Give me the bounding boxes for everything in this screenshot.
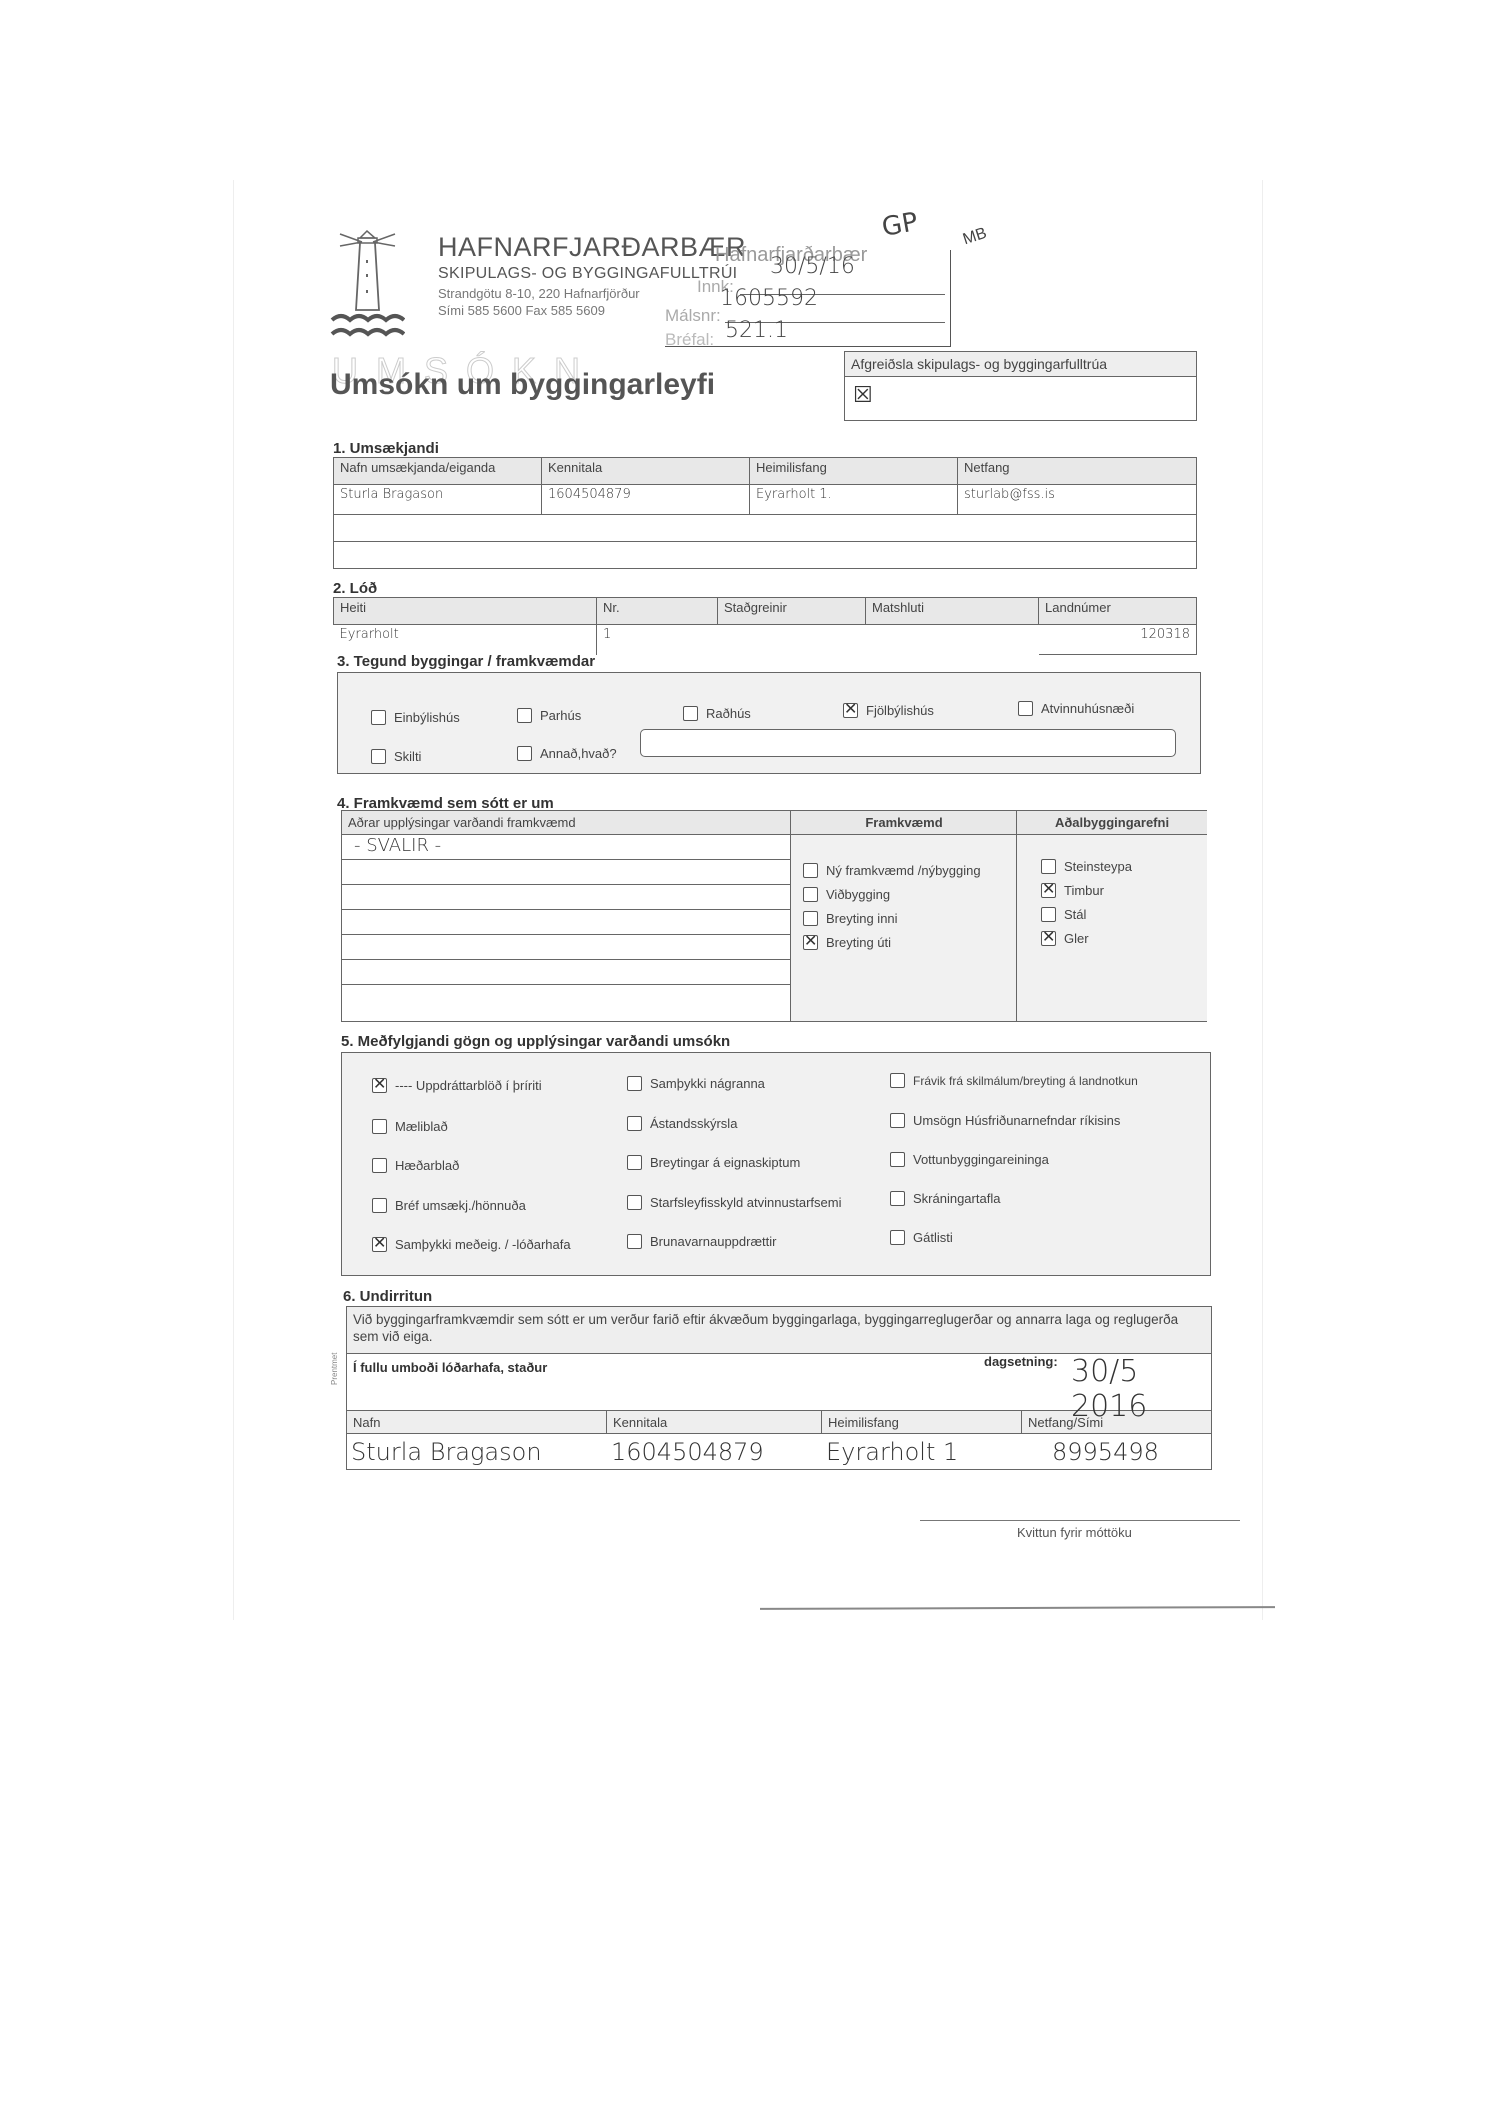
checkbox-gler[interactable]: ✕Gler: [1041, 931, 1089, 946]
checkbox-box[interactable]: [627, 1195, 642, 1210]
material-header: Aðalbyggingarefni: [1017, 811, 1207, 835]
authority-label: Í fullu umboði lóðarhafa, staður: [353, 1360, 547, 1375]
checked-x-icon[interactable]: ✕: [372, 1078, 387, 1093]
checkbox-box[interactable]: [371, 710, 386, 725]
lot-landnumer[interactable]: 120318: [1039, 625, 1197, 655]
applicant-table: Nafn umsækjanda/eiganda Kennitala Heimil…: [333, 457, 1197, 569]
checkbox-box[interactable]: [803, 863, 818, 878]
checkbox-breyting-uti[interactable]: ✕Breyting úti: [803, 935, 891, 950]
checkbox-box[interactable]: [517, 746, 532, 761]
empty-row[interactable]: [334, 515, 1197, 542]
other-type-input[interactable]: [640, 729, 1176, 757]
checkbox-box[interactable]: [890, 1073, 905, 1088]
signer-address[interactable]: Eyrarholt 1: [822, 1434, 1022, 1476]
printer-mark: Prentmet: [330, 1353, 339, 1385]
info-line[interactable]: [342, 910, 790, 935]
checkbox-box[interactable]: [890, 1191, 905, 1206]
checkbox-box[interactable]: [803, 887, 818, 902]
checkbox-starfsleyfi[interactable]: Starfsleyfisskyld atvinnustarfsemi: [627, 1195, 841, 1210]
checked-x-icon[interactable]: ✕: [372, 1237, 387, 1252]
table-row: Eyrarholt 1 120318: [334, 625, 1197, 655]
declaration-text: Við byggingarframkvæmdir sem sótt er um …: [347, 1307, 1211, 1354]
checkbox-box[interactable]: [627, 1234, 642, 1249]
col-landnumer: Landnúmer: [1039, 598, 1197, 625]
col-name: Nafn umsækjanda/eiganda: [334, 458, 542, 485]
checkbox-vottun[interactable]: Vottunbyggingareininga: [890, 1152, 1049, 1167]
processing-box: Afgreiðsla skipulags- og byggingarfulltr…: [844, 351, 1197, 421]
checkbox-box[interactable]: [890, 1113, 905, 1128]
col-kennitala: Kennitala: [607, 1411, 822, 1433]
framkvaemd-header: Framkvæmd: [791, 811, 1017, 835]
signer-phone[interactable]: 8995498: [1022, 1434, 1163, 1476]
receipt-label: Kvittun fyrir móttöku: [1017, 1525, 1132, 1540]
lot-table: Heiti Nr. Staðgreinir Matshluti Landnúme…: [333, 597, 1197, 655]
section6-title: 6. Undirritun: [343, 1288, 432, 1305]
page-edge-left: [233, 180, 234, 1620]
section3-title: 3. Tegund byggingar / framkvæmdar: [337, 653, 595, 670]
handwritten-initials: GP: [880, 207, 920, 243]
col-heiti: Heiti: [334, 598, 597, 625]
checkbox-haedarblad[interactable]: Hæðarblað: [372, 1158, 459, 1173]
attachments-box: ✕---- Uppdráttarblöð í þríriti Mæliblað …: [341, 1052, 1211, 1276]
checkbox-box[interactable]: [627, 1116, 642, 1131]
lot-heiti[interactable]: Eyrarholt: [334, 625, 597, 655]
section5-title: 5. Meðfylgjandi gögn og upplýsingar varð…: [341, 1033, 730, 1050]
checkbox-fravik[interactable]: Frávik frá skilmálum/breyting á landnotk…: [890, 1073, 1138, 1088]
building-type-box: [337, 672, 1201, 774]
received-stamp: Hafnarfjarðarbær 30/5/16 Innk: 1605592 M…: [665, 250, 950, 350]
checkbox-box[interactable]: [372, 1158, 387, 1173]
checkbox-box[interactable]: [372, 1198, 387, 1213]
checkbox-eignaskipti[interactable]: Breytingar á eignaskiptum: [627, 1155, 800, 1170]
checkbox-astandsskyrsla[interactable]: Ástandsskýrsla: [627, 1116, 737, 1131]
checkbox-gatlisti[interactable]: Gátlisti: [890, 1230, 953, 1245]
checked-x-icon[interactable]: ✕: [803, 935, 818, 950]
table-row: Sturla Bragason 1604504879 Eyrarholt 1. …: [334, 485, 1197, 515]
info-line[interactable]: [342, 960, 790, 985]
checkbox-box[interactable]: [372, 1119, 387, 1134]
checkbox-box[interactable]: [890, 1230, 905, 1245]
lot-nr[interactable]: 1: [597, 625, 718, 655]
checkbox-maeliblad[interactable]: Mæliblað: [372, 1119, 448, 1134]
applicant-name[interactable]: Sturla Bragason: [334, 485, 542, 515]
applicant-kennitala[interactable]: 1604504879: [542, 485, 750, 515]
lot-stadgreinir[interactable]: [718, 625, 866, 655]
checkbox-timbur[interactable]: ✕Timbur: [1041, 883, 1104, 898]
section1-title: 1. Umsækjandi: [333, 440, 439, 457]
checkbox-radhus[interactable]: Raðhús: [683, 706, 751, 721]
page-edge-right: [1262, 180, 1263, 1620]
checkbox-box[interactable]: [627, 1155, 642, 1170]
info-header: Aðrar upplýsingar varðandi framkvæmd: [342, 811, 790, 835]
date-value[interactable]: 30/5 2016: [1071, 1354, 1211, 1424]
lot-matshluti[interactable]: [866, 625, 1039, 655]
applicant-address[interactable]: Eyrarholt 1.: [750, 485, 958, 515]
section2-title: 2. Lóð: [333, 580, 377, 597]
checkbox-box[interactable]: [371, 749, 386, 764]
info-line[interactable]: [342, 885, 790, 910]
checkbox-skraningartafla[interactable]: Skráningartafla: [890, 1191, 1000, 1206]
checkbox-einbylishus[interactable]: Einbýlishús: [371, 710, 460, 725]
stamp-malsnr-label: Málsnr:: [665, 306, 721, 326]
checkbox-box[interactable]: [517, 708, 532, 723]
construction-box: Aðrar upplýsingar varðandi framkvæmd - S…: [341, 810, 1207, 1022]
checkbox-uppdrattarblod[interactable]: ✕---- Uppdráttarblöð í þríriti: [372, 1078, 542, 1093]
handwritten-initials-2: MB: [961, 225, 989, 250]
checkbox-box[interactable]: [683, 706, 698, 721]
checkbox-box[interactable]: [1018, 701, 1033, 716]
signer-name[interactable]: Sturla Bragason: [347, 1434, 607, 1476]
info-line[interactable]: - SVALIR -: [342, 835, 790, 860]
signature-box: Við byggingarframkvæmdir sem sótt er um …: [346, 1306, 1212, 1470]
stamp-innk-value: 30/5/16: [770, 254, 855, 279]
checkbox-sampykki-medeig[interactable]: ✕Samþykki meðeig. / -lóðarhafa: [372, 1237, 571, 1252]
checkbox-annad[interactable]: Annað,hvað?: [517, 746, 617, 761]
info-line[interactable]: [342, 860, 790, 885]
col-nr: Nr.: [597, 598, 718, 625]
checked-x-icon[interactable]: ✕: [1041, 883, 1056, 898]
checkbox-stal[interactable]: Stál: [1041, 907, 1086, 922]
lighthouse-icon: [330, 222, 405, 342]
page-bottom-edge: [760, 1606, 1275, 1610]
processing-mark: ☒: [853, 382, 873, 408]
checkbox-skilti[interactable]: Skilti: [371, 749, 421, 764]
checkbox-husfridun[interactable]: Umsögn Húsfriðunarnefndar ríkisins: [890, 1113, 1120, 1128]
col-address: Heimilisfang: [750, 458, 958, 485]
checkbox-atvinnuhusnaedi[interactable]: Atvinnuhúsnæði: [1018, 701, 1134, 716]
applicant-email[interactable]: sturlab@fss.is: [958, 485, 1197, 515]
checked-x-icon[interactable]: ✕: [1041, 931, 1056, 946]
checkbox-box[interactable]: [890, 1152, 905, 1167]
info-line[interactable]: [342, 935, 790, 960]
checkbox-parhus[interactable]: Parhús: [517, 708, 581, 723]
stamp-brefal-value: 521.1: [725, 318, 788, 343]
checked-x-icon[interactable]: ✕: [843, 703, 858, 718]
col-heimilisfang: Heimilisfang: [822, 1411, 1022, 1433]
col-nafn: Nafn: [347, 1411, 607, 1433]
signer-kennitala[interactable]: 1604504879: [607, 1434, 822, 1476]
col-matshluti: Matshluti: [866, 598, 1039, 625]
checkbox-nybygging[interactable]: Ný framkvæmd /nýbygging: [803, 863, 981, 878]
processing-label: Afgreiðsla skipulags- og byggingarfulltr…: [845, 352, 1196, 377]
checkbox-box[interactable]: [1041, 859, 1056, 874]
date-label: dagsetning:: [984, 1354, 1058, 1369]
col-email: Netfang: [958, 458, 1197, 485]
checkbox-sampykki-nagranna[interactable]: Samþykki nágranna: [627, 1076, 765, 1091]
stamp-brefal-label: Bréfal:: [665, 330, 714, 350]
stamp-malsnr-value: 1605592: [720, 286, 818, 311]
col-kennitala: Kennitala: [542, 458, 750, 485]
checkbox-brunavarnir[interactable]: Brunavarnauppdrættir: [627, 1234, 776, 1249]
empty-row[interactable]: [334, 542, 1197, 569]
table-row: [334, 515, 1197, 542]
table-row: [334, 542, 1197, 569]
checkbox-box[interactable]: [1041, 907, 1056, 922]
page-title: Umsókn um byggingarleyfi: [330, 368, 715, 402]
checkbox-box[interactable]: [803, 911, 818, 926]
col-stadgreinir: Staðgreinir: [718, 598, 866, 625]
checkbox-breyting-inni[interactable]: Breyting inni: [803, 911, 898, 926]
checkbox-steinsteypa[interactable]: Steinsteypa: [1041, 859, 1132, 874]
checkbox-vidbygging[interactable]: Viðbygging: [803, 887, 890, 902]
checkbox-fjolbylishus[interactable]: ✕Fjölbýlishús: [843, 703, 934, 718]
checkbox-bref[interactable]: Bréf umsækj./hönnuða: [372, 1198, 526, 1213]
receipt-line: [920, 1520, 1240, 1521]
checkbox-box[interactable]: [627, 1076, 642, 1091]
